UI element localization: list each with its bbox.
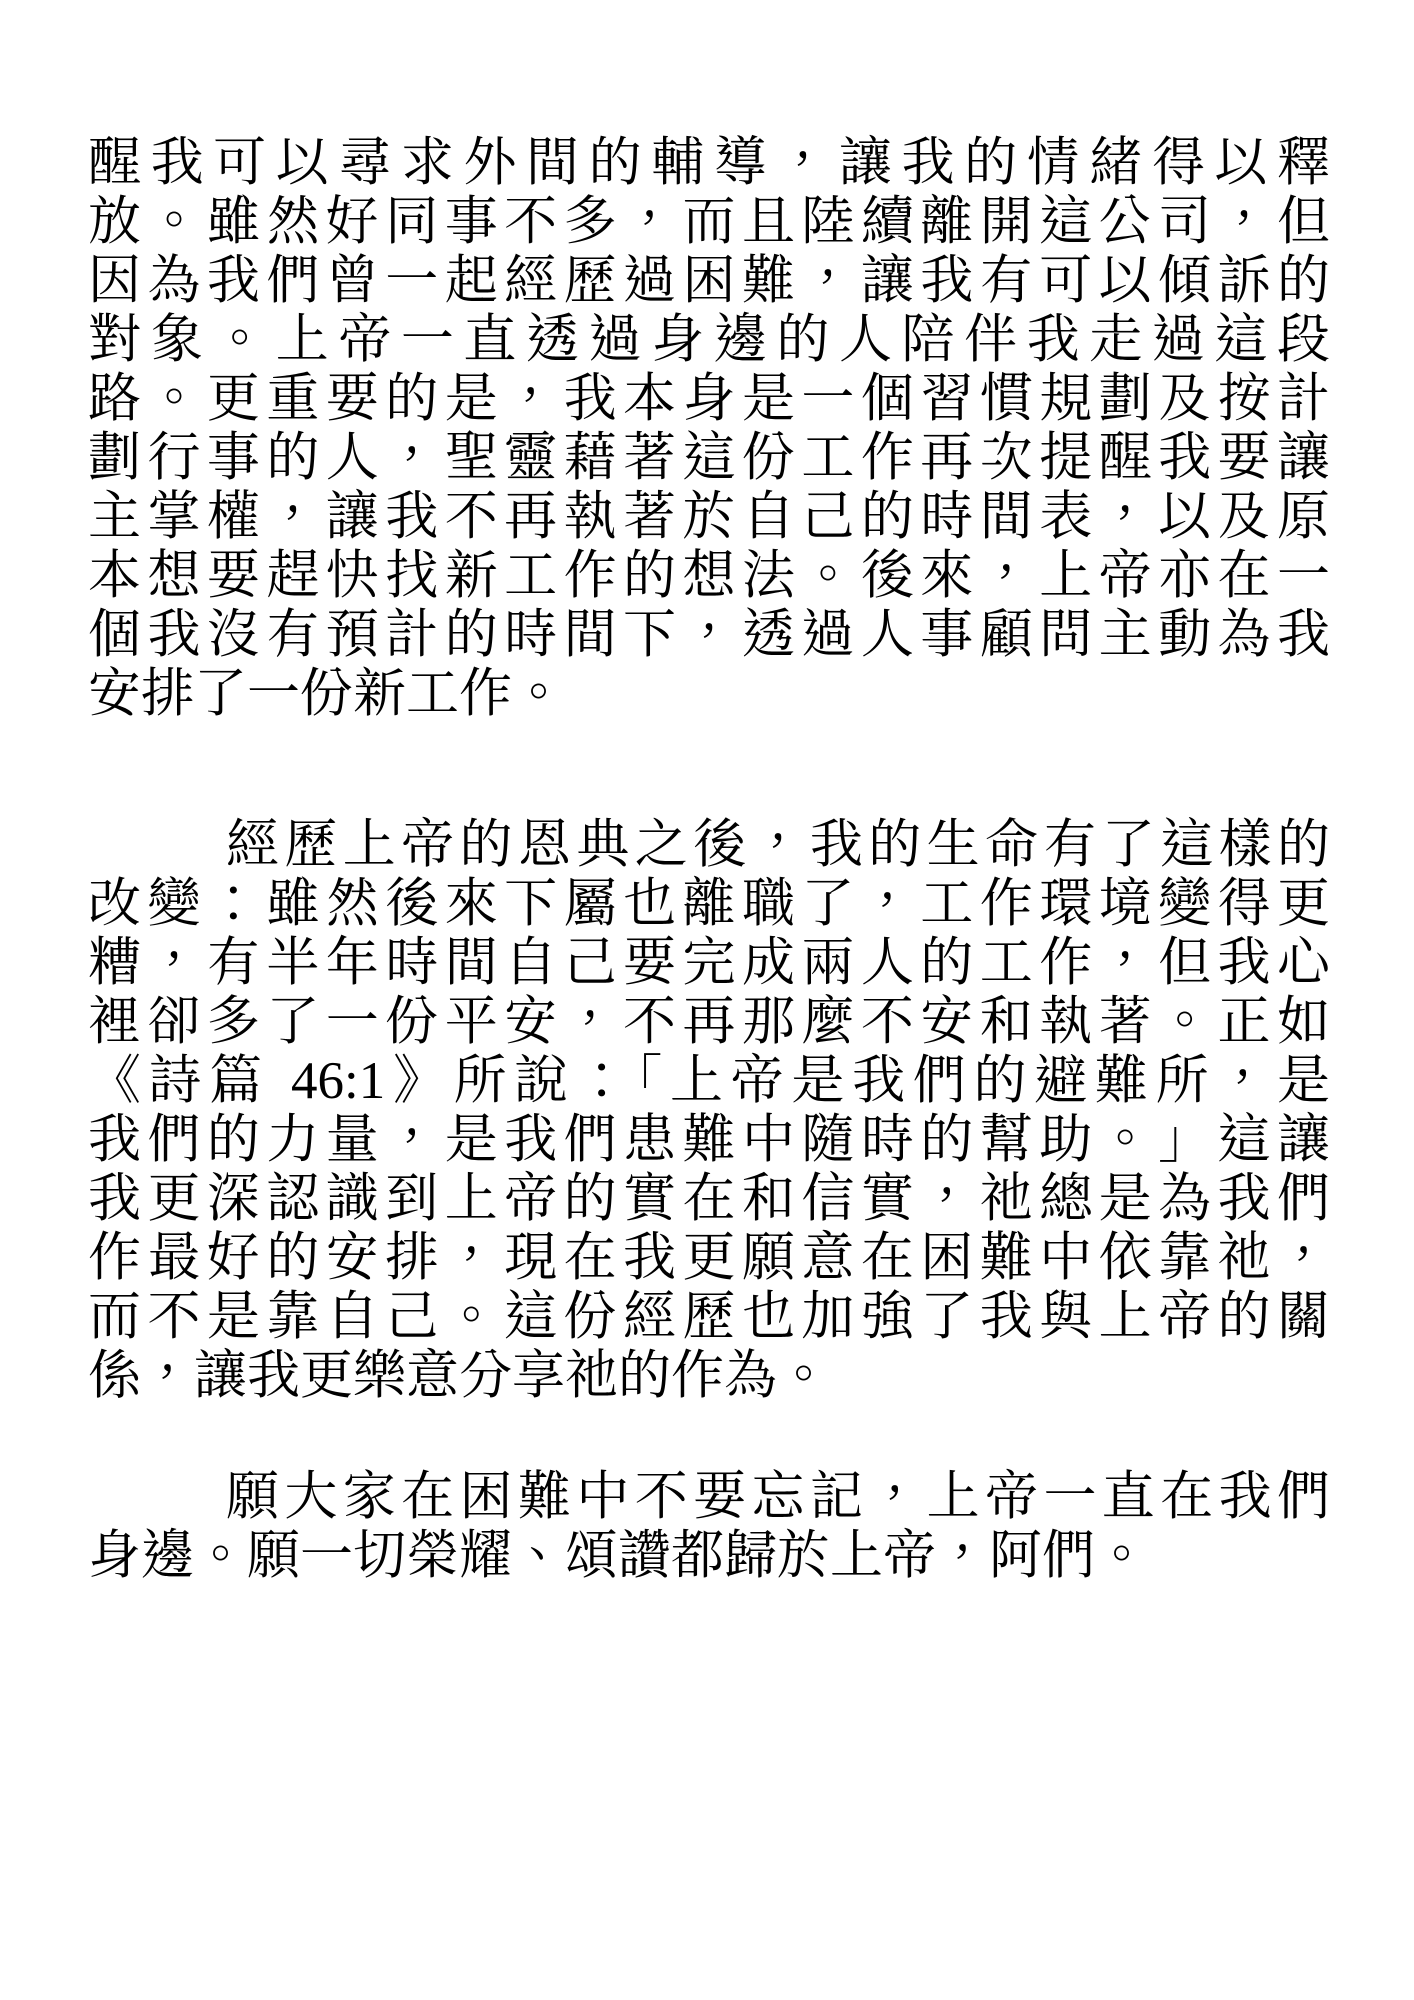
text-line: 主掌權，讓我不再執著於自己的時間表，以及原 bbox=[88, 488, 1330, 547]
text-line: 經歷上帝的恩典之後，我的生命有了這樣的 bbox=[88, 816, 1330, 875]
text-line: 係，讓我更樂意分享祂的作為。 bbox=[88, 1347, 1330, 1406]
text-line: 而不是靠自己。這份經歷也加強了我與上帝的關 bbox=[88, 1288, 1330, 1347]
text-line: 個我沒有預計的時間下，透過人事顧問主動為我 bbox=[88, 606, 1330, 665]
text-line: 因為我們曾一起經歷過困難，讓我有可以傾訴的 bbox=[88, 252, 1330, 311]
document-content: 醒我可以尋求外間的輔導，讓我的情緒得以釋放。雖然好同事不多，而且陸續離開這公司，… bbox=[88, 134, 1330, 1586]
text-line: 願大家在困難中不要忘記，上帝一直在我們 bbox=[88, 1468, 1330, 1527]
text-line: 裡卻多了一份平安，不再那麼不安和執著。正如 bbox=[88, 993, 1330, 1052]
text-line: 安排了一份新工作。 bbox=[88, 665, 1330, 724]
text-line: 糟，有半年時間自己要完成兩人的工作，但我心 bbox=[88, 934, 1330, 993]
text-line: 改變：雖然後來下屬也離職了，工作環境變得更 bbox=[88, 875, 1330, 934]
text-line: 身邊。願一切榮耀、頌讚都歸於上帝，阿們。 bbox=[88, 1527, 1330, 1586]
document-page: 醒我可以尋求外間的輔導，讓我的情緒得以釋放。雖然好同事不多，而且陸續離開這公司，… bbox=[0, 0, 1414, 2000]
text-line: 劃行事的人，聖靈藉著這份工作再次提醒我要讓 bbox=[88, 429, 1330, 488]
text-line: 路。更重要的是，我本身是一個習慣規劃及按計 bbox=[88, 370, 1330, 429]
text-line: 本想要趕快找新工作的想法。後來，上帝亦在一 bbox=[88, 547, 1330, 606]
text-line: 對象。上帝一直透過身邊的人陪伴我走過這段 bbox=[88, 311, 1330, 370]
text-line: 我更深認識到上帝的實在和信實，祂總是為我們 bbox=[88, 1170, 1330, 1229]
text-line: 《詩篇 46:1》所說：「上帝是我們的避難所，是 bbox=[88, 1052, 1330, 1111]
text-line: 放。雖然好同事不多，而且陸續離開這公司，但 bbox=[88, 193, 1330, 252]
paragraph: 願大家在困難中不要忘記，上帝一直在我們身邊。願一切榮耀、頌讚都歸於上帝，阿們。 bbox=[88, 1468, 1330, 1586]
paragraph: 經歷上帝的恩典之後，我的生命有了這樣的改變：雖然後來下屬也離職了，工作環境變得更… bbox=[88, 816, 1330, 1406]
text-line: 我們的力量，是我們患難中隨時的幫助。」這讓 bbox=[88, 1111, 1330, 1170]
text-line: 作最好的安排，現在我更願意在困難中依靠祂， bbox=[88, 1229, 1330, 1288]
text-line: 醒我可以尋求外間的輔導，讓我的情緒得以釋 bbox=[88, 134, 1330, 193]
paragraph: 醒我可以尋求外間的輔導，讓我的情緒得以釋放。雖然好同事不多，而且陸續離開這公司，… bbox=[88, 134, 1330, 724]
